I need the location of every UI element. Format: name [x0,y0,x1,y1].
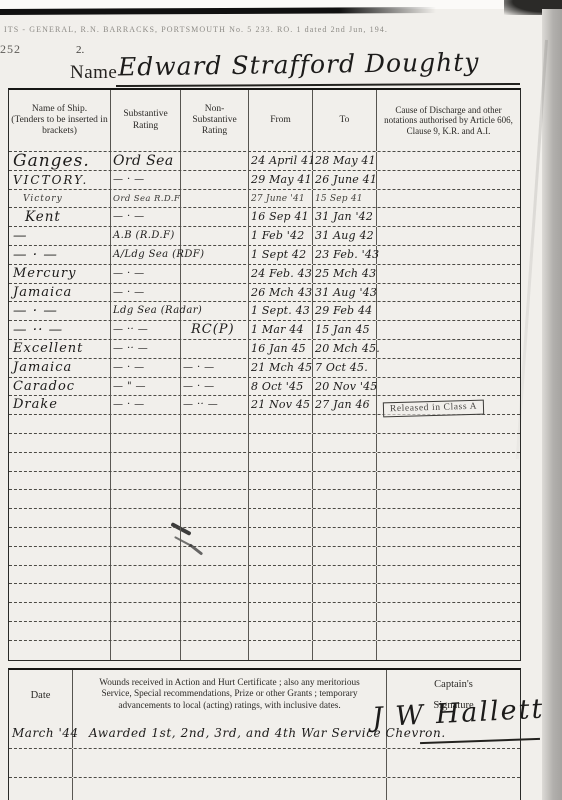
cell-ship: — ·· — [9,321,111,339]
cell-from [249,641,313,660]
cell-note: Released in Class A [377,396,520,415]
cell-note [377,359,520,377]
cell-note [377,584,520,602]
cell-note [377,227,520,245]
cell-from [249,566,313,584]
cell-ship: — · — [9,302,111,320]
cell-to: 31 Aug '43 [313,284,377,302]
cell-substantive: Ldg Sea (Radar) [111,302,181,320]
cell-to: 15 Sep 41 [313,190,377,208]
cell-substantive: — · — [111,208,181,226]
cell-date [9,778,73,800]
cell-substantive: A/Ldg Sea (RDF) [111,246,181,264]
cell-substantive: — · — [111,359,181,377]
service-row: VictoryOrd Sea R.D.F27 June '4115 Sep 41 [9,190,520,209]
service-row [9,415,520,434]
notes-table: Date Wounds received in Action and Hurt … [8,668,521,800]
service-row [9,641,520,660]
service-row: Caradoc— " —— · —8 Oct '4520 Nov '45 [9,378,520,397]
cell-ship [9,641,111,660]
cell-substantive: — · — [111,284,181,302]
cell-substantive: — · — [111,265,181,283]
cell-note [377,603,520,621]
cell-substantive [111,415,181,433]
cell-note [377,152,520,170]
notes-row [9,778,520,800]
cell-non-substantive [181,284,249,302]
cell-to: 29 Feb 44 [313,302,377,320]
cell-ship: VICTORY. [9,171,111,189]
cell-from [249,472,313,490]
cell-substantive: — · — [111,396,181,415]
cell-to: 28 May 41 [313,152,377,170]
name-line: Name Edward Strafford Doughty [70,54,522,88]
cell-ship: Ganges. [9,152,111,170]
cell-substantive: A.B (R.D.F) [111,227,181,245]
cell-to: 20 Mch 45. [313,340,377,358]
header-notes: Wounds received in Action and Hurt Certi… [73,670,387,720]
cell-non-substantive [181,528,249,546]
notes-table-body: March '44Awarded 1st, 2nd, 3rd, and 4th … [9,720,520,800]
cell-ship: Excellent [9,340,111,358]
service-row: — · —A/Ldg Sea (RDF)1 Sept 4223 Feb. '43 [9,246,520,265]
cell-from [249,509,313,527]
cell-to [313,603,377,621]
cell-non-substantive [181,227,249,245]
cell-to [313,641,377,660]
cell-non-substantive [181,340,249,358]
service-record-table: Name of Ship. (Tenders to be inserted in… [8,88,521,661]
service-table-body: Ganges.Ord Sea24 April 4128 May 41VICTOR… [9,152,520,660]
cell-non-substantive [181,415,249,433]
cell-ship [9,415,111,433]
service-table-header: Name of Ship. (Tenders to be inserted in… [9,90,520,152]
cell-from: 16 Sep 41 [249,208,313,226]
service-row: — ·· —— ·· —RC(P)1 Mar 4415 Jan 45 [9,321,520,340]
service-row [9,509,520,528]
cell-note [377,284,520,302]
cell-note [377,378,520,396]
service-row: Excellent— ·· —16 Jan 4520 Mch 45. [9,340,520,359]
cell-ship: — [9,227,111,245]
cell-from: 1 Sept. 43 [249,302,313,320]
service-row: Mercury— · —24 Feb. 4325 Mch 43 [9,265,520,284]
cell-ship: Drake [9,396,111,415]
cell-substantive [111,453,181,471]
cell-note [73,749,387,777]
cell-note [377,509,520,527]
cell-to [313,490,377,508]
cell-note [377,171,520,189]
header-ship-line2: (Tenders to be inserted in brackets) [11,115,108,137]
cell-non-substantive: — · — [181,378,249,396]
cell-non-substantive [181,190,249,208]
cell-from [249,584,313,602]
service-row: Jamaica— · —— · —21 Mch 457 Oct 45. [9,359,520,378]
cell-substantive [111,641,181,660]
cell-substantive: Ord Sea R.D.F [111,190,181,208]
service-row [9,547,520,566]
cell-from: 24 April 41 [249,152,313,170]
cell-ship: Mercury [9,265,111,283]
service-row [9,566,520,585]
cell-ship: Victory [9,190,111,208]
cell-to [313,434,377,452]
cell-non-substantive [181,246,249,264]
cell-substantive: Ord Sea [111,152,181,170]
cell-from [249,453,313,471]
service-row [9,434,520,453]
cell-non-substantive [181,208,249,226]
typed-reference-line: ITS - GENERAL, R.N. BARRACKS, PORTSMOUTH… [4,25,424,34]
cell-to: 31 Aug 42 [313,227,377,245]
header-ship: Name of Ship. (Tenders to be inserted in… [9,90,111,151]
cell-non-substantive [181,265,249,283]
cell-to [313,622,377,640]
cell-non-substantive [181,566,249,584]
cell-to: 31 Jan '42 [313,208,377,226]
service-row [9,603,520,622]
cell-ship: Jamaica [9,284,111,302]
cell-from: 1 Sept 42 [249,246,313,264]
cell-note [377,490,520,508]
cell-to [313,453,377,471]
notes-row [9,749,520,778]
service-row: Drake— · —— ·· —21 Nov 4527 Jan 46Releas… [9,396,520,415]
cell-from: 16 Jan 45 [249,340,313,358]
cell-note [377,528,520,546]
cell-from: 24 Feb. 43 [249,265,313,283]
service-row [9,490,520,509]
scan-right-edge [542,9,562,800]
cell-date: March '44 [9,720,73,748]
cell-non-substantive: RC(P) [181,321,249,339]
cell-ship [9,434,111,452]
cell-non-substantive [181,603,249,621]
cell-from [249,434,313,452]
scanned-document-page: ITS - GENERAL, R.N. BARRACKS, PORTSMOUTH… [0,0,562,800]
cell-non-substantive [181,171,249,189]
header-non-substantive: Non-Substantive Rating [181,90,249,151]
cell-substantive [111,490,181,508]
header-from: From [249,90,313,151]
cell-to: 20 Nov '45 [313,378,377,396]
cell-from [249,528,313,546]
cell-from [249,622,313,640]
cell-substantive [111,547,181,565]
cell-note [377,321,520,339]
cell-substantive [111,472,181,490]
cell-substantive: — · — [111,171,181,189]
sailor-name-handwritten: Edward Strafford Doughty [118,47,480,81]
cell-note [377,302,520,320]
cell-from: 1 Mar 44 [249,321,313,339]
cell-non-substantive: — · — [181,359,249,377]
cell-non-substantive [181,584,249,602]
cell-to [313,547,377,565]
header-ship-line1: Name of Ship. [32,104,87,115]
cell-note [377,472,520,490]
cell-note [377,340,520,358]
cell-sig [387,749,520,777]
cell-non-substantive [181,472,249,490]
cell-note [377,547,520,565]
cell-substantive [111,603,181,621]
cell-to [313,509,377,527]
cell-to: 23 Feb. '43 [313,246,377,264]
cell-ship: Kent [9,208,111,226]
header-substantive: Substantive Rating [111,90,181,151]
header-to: To [313,90,377,151]
cell-ship [9,509,111,527]
cell-ship [9,490,111,508]
cell-to [313,584,377,602]
cell-note [377,246,520,264]
cell-non-substantive: — ·· — [181,396,249,415]
cell-note: Awarded 1st, 2nd, 3rd, and 4th War Servi… [73,720,387,748]
cell-non-substantive [181,622,249,640]
cell-ship: Caradoc [9,378,111,396]
cell-non-substantive [181,509,249,527]
cell-substantive [111,509,181,527]
cell-ship [9,528,111,546]
service-row: VICTORY.— · —29 May 4126 June 41 [9,171,520,190]
cell-from: 29 May 41 [249,171,313,189]
service-row: — · —Ldg Sea (Radar)1 Sept. 4329 Feb 44 [9,302,520,321]
cell-sig [387,778,520,800]
cell-substantive [111,528,181,546]
cell-non-substantive [181,453,249,471]
service-row [9,584,520,603]
name-underline [116,83,520,87]
cell-substantive [111,622,181,640]
cell-date [9,749,73,777]
cell-to [313,472,377,490]
cell-substantive: — " — [111,378,181,396]
cell-substantive: — ·· — [111,321,181,339]
cell-non-substantive [181,490,249,508]
cell-from: 27 June '41 [249,190,313,208]
cell-to [313,415,377,433]
cell-ship [9,453,111,471]
cell-to: 15 Jan 45 [313,321,377,339]
cell-from: 1 Feb '42 [249,227,313,245]
cell-non-substantive [181,641,249,660]
cell-substantive [111,566,181,584]
cell-to [313,566,377,584]
service-row: Jamaica— · —26 Mch 4331 Aug '43 [9,284,520,303]
cell-ship [9,584,111,602]
cell-from [249,547,313,565]
service-row [9,453,520,472]
service-row: Ganges.Ord Sea24 April 4128 May 41 [9,152,520,171]
cell-note [73,778,387,800]
cell-note [377,434,520,452]
cell-to: 7 Oct 45. [313,359,377,377]
cell-substantive [111,434,181,452]
cell-ship [9,603,111,621]
cell-note [377,208,520,226]
cell-substantive: — ·· — [111,340,181,358]
scan-edge-artifact [0,7,436,15]
cell-to: 26 June 41 [313,171,377,189]
cell-substantive [111,584,181,602]
cell-from [249,603,313,621]
header-date: Date [9,670,73,720]
service-row [9,622,520,641]
cell-from: 8 Oct '45 [249,378,313,396]
service-row [9,472,520,491]
cell-note [377,415,520,433]
cell-non-substantive [181,302,249,320]
cell-from: 21 Mch 45 [249,359,313,377]
cell-ship [9,472,111,490]
cell-to: 27 Jan 46 [313,396,377,415]
cell-note [377,566,520,584]
cell-ship [9,547,111,565]
cell-from [249,490,313,508]
cell-from: 21 Nov 45 [249,396,313,415]
cell-non-substantive [181,547,249,565]
cell-ship: Jamaica [9,359,111,377]
service-row: Kent— · —16 Sep 4131 Jan '42 [9,208,520,227]
cell-to [313,528,377,546]
reference-number: 252 [0,42,21,57]
header-cause: Cause of Discharge and other notations a… [377,90,520,151]
cell-ship [9,566,111,584]
cell-note [377,190,520,208]
cell-ship [9,622,111,640]
cell-from: 26 Mch 43 [249,284,313,302]
service-row [9,528,520,547]
cell-from [249,415,313,433]
cell-note [377,641,520,660]
cell-ship: — · — [9,246,111,264]
name-label: Name [70,62,117,84]
service-row: —A.B (R.D.F)1 Feb '4231 Aug 42 [9,227,520,246]
cell-non-substantive [181,434,249,452]
cell-to: 25 Mch 43 [313,265,377,283]
cell-note [377,453,520,471]
header-signature-line1: Captain's [434,679,473,691]
cell-note [377,265,520,283]
cell-non-substantive [181,152,249,170]
cell-note [377,622,520,640]
